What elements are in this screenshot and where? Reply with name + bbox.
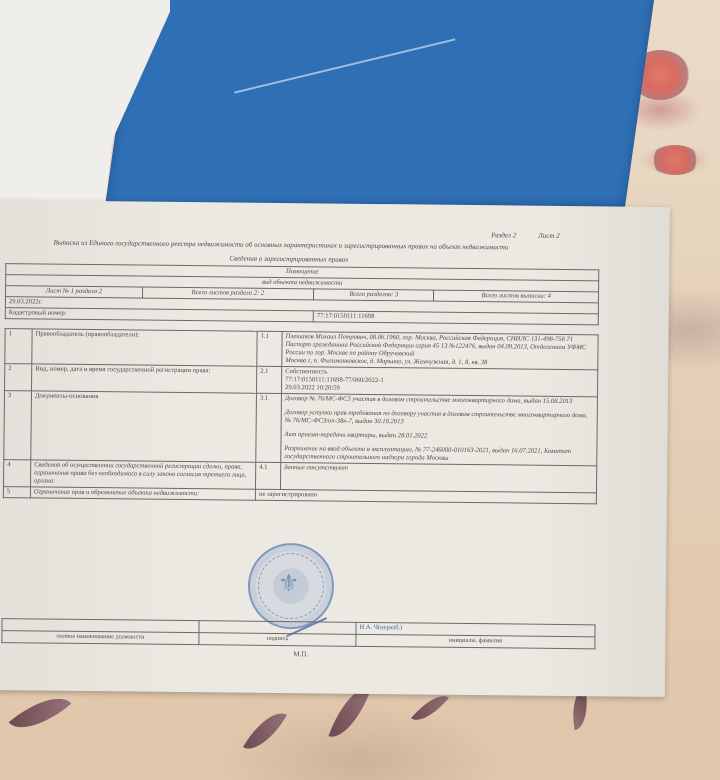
- page-marker: Раздел 2 Лист 2: [471, 231, 560, 240]
- object-info-table: Помещение вид объекта недвижимости Лист …: [5, 263, 600, 325]
- document-subtitle: Сведения о зарегистрированных правах: [229, 254, 348, 263]
- name-caption: инициалы, фамилия: [356, 634, 595, 649]
- table-row: 3 Документы-основания 3.1 Договор № 76/М…: [4, 391, 598, 466]
- flower-decoration: [650, 145, 700, 175]
- cadastral-number: 77:17:0150111:11698: [313, 311, 598, 325]
- document-title: Выписка из Единого государственного реес…: [54, 239, 509, 252]
- egrn-extract-document: Раздел 2 Лист 2 Выписка из Единого госуд…: [0, 200, 670, 697]
- section-label: Раздел 2: [491, 231, 516, 239]
- rights-table: 1 Правообладатель (правообладатели): 1.1…: [3, 328, 599, 504]
- signature-caption: подпись: [199, 633, 356, 647]
- seal-label: М.П.: [293, 650, 308, 658]
- sheet-label: Лист 2: [538, 232, 560, 240]
- position-caption: полное наименование должности: [2, 631, 199, 645]
- blue-folder: [105, 0, 656, 210]
- cadastral-label: Кадастровый номер:: [5, 308, 313, 322]
- signature-table: Н.А. Ч(неразб.) полное наименование долж…: [1, 618, 595, 649]
